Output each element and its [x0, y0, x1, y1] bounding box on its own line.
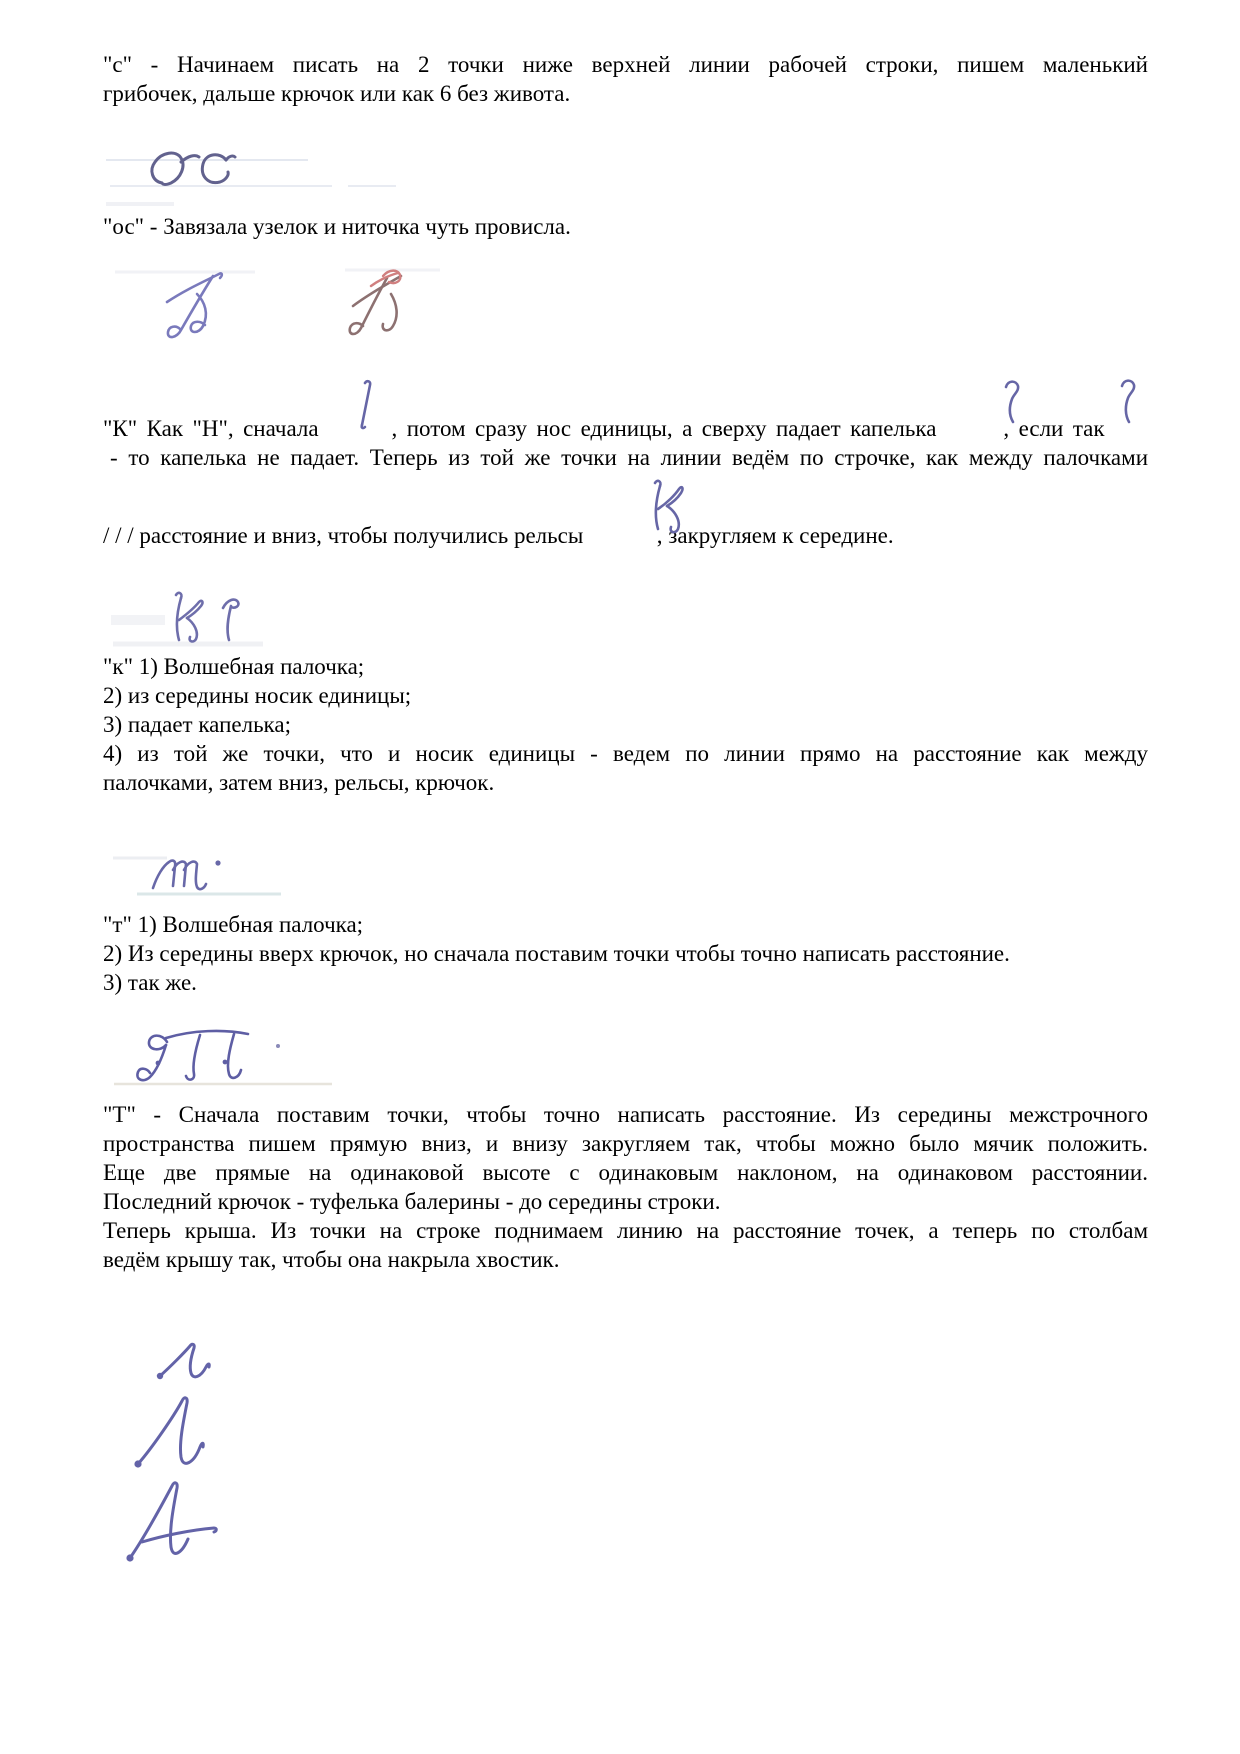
- list-item: 2) из середины носик единицы;: [103, 681, 1148, 710]
- handwriting-kapelka-stroke-icon: [1001, 376, 1023, 428]
- list-item: "т" 1) Волшебная палочка;: [103, 910, 1148, 939]
- inline-gap: [589, 542, 651, 543]
- list-item: 3) падает капелька;: [103, 710, 1148, 739]
- handwriting-T-sample-icon: [100, 1020, 365, 1098]
- paragraph-line: ведём крышу так, чтобы она накрыла хвост…: [103, 1245, 1148, 1274]
- text-segment: / / / расстояние и вниз, чтобы получилис…: [103, 523, 583, 548]
- paragraph-line: "ос" - Завязала узелок и ниточка чуть пр…: [103, 212, 1148, 241]
- paragraph-line: грибочек, дальше крючок или как 6 без жи…: [103, 79, 1148, 108]
- handwriting-K-N-sample-icon: [95, 256, 485, 352]
- handwriting-k-g-sample-icon: [103, 582, 318, 656]
- paragraph-line: пространства пишем прямую вниз, и внизу …: [103, 1129, 1148, 1158]
- list-item: 4) из той же точки, что и носик единицы …: [103, 739, 1148, 768]
- paragraph-letter-K: "К" Как "Н", сначала , потом сразу нос е…: [103, 414, 1148, 472]
- inline-gap: [946, 435, 994, 436]
- list-item: "к" 1) Волшебная палочка;: [103, 652, 1148, 681]
- list-item: палочками, затем вниз, рельсы, крючок.: [103, 768, 1148, 797]
- text-segment: , закругляем к середине.: [657, 523, 894, 548]
- handwriting-L-cap-sample-icon: [120, 1390, 238, 1480]
- paragraph-letter-os: "ос" - Завязала узелок и ниточка чуть пр…: [103, 212, 1148, 241]
- paragraph-letter-T: "Т" - Сначала поставим точки, чтобы точн…: [103, 1100, 1148, 1274]
- inline-gap: [328, 435, 382, 436]
- list-item: 3) так же.: [103, 968, 1148, 997]
- handwriting-stick-stroke-icon: [355, 378, 377, 432]
- handwriting-l-small-sample-icon: [132, 1334, 230, 1398]
- paragraph-letter-k-list: "к" 1) Волшебная палочка; 2) из середины…: [103, 652, 1148, 797]
- paragraph-letter-c: "с" - Начинаем писать на 2 точки ниже ве…: [103, 50, 1148, 108]
- paragraph-line: "с" - Начинаем писать на 2 точки ниже ве…: [103, 50, 1148, 79]
- paragraph-line: Еще две прямые на одинаковой высоте с од…: [103, 1158, 1148, 1187]
- paragraph-line: Теперь крыша. Из точки на строке поднима…: [103, 1216, 1148, 1245]
- paragraph-line: - то капелька не падает. Теперь из той ж…: [103, 443, 1148, 472]
- handwriting-kapelka-stroke-icon: [1117, 374, 1139, 428]
- text-segment: "К" Как "Н", сначала: [103, 416, 319, 441]
- handwriting-rails-k-icon: [643, 477, 691, 535]
- list-item: 2) Из середины вверх крючок, но сначала …: [103, 939, 1148, 968]
- document-page: { "colors": { "page_bg": "#ffffff", "tex…: [0, 0, 1240, 1754]
- paragraph-line: / / / расстояние и вниз, чтобы получилис…: [103, 521, 1148, 550]
- inline-gap: [1114, 435, 1148, 436]
- handwriting-os-sample-icon: [96, 134, 428, 216]
- handwriting-A-cap-sample-icon: [116, 1474, 226, 1574]
- paragraph-line: "К" Как "Н", сначала , потом сразу нос е…: [103, 414, 1148, 443]
- paragraph-line: Последний крючок - туфелька балерины - д…: [103, 1187, 1148, 1216]
- paragraph-line: "Т" - Сначала поставим точки, чтобы точн…: [103, 1100, 1148, 1129]
- paragraph-letter-t-list: "т" 1) Волшебная палочка; 2) Из середины…: [103, 910, 1148, 997]
- handwriting-t-sample-icon: [103, 836, 338, 910]
- text-segment: , потом сразу нос единицы, а сверху пада…: [391, 416, 936, 441]
- paragraph-rails: / / / расстояние и вниз, чтобы получилис…: [103, 521, 1148, 550]
